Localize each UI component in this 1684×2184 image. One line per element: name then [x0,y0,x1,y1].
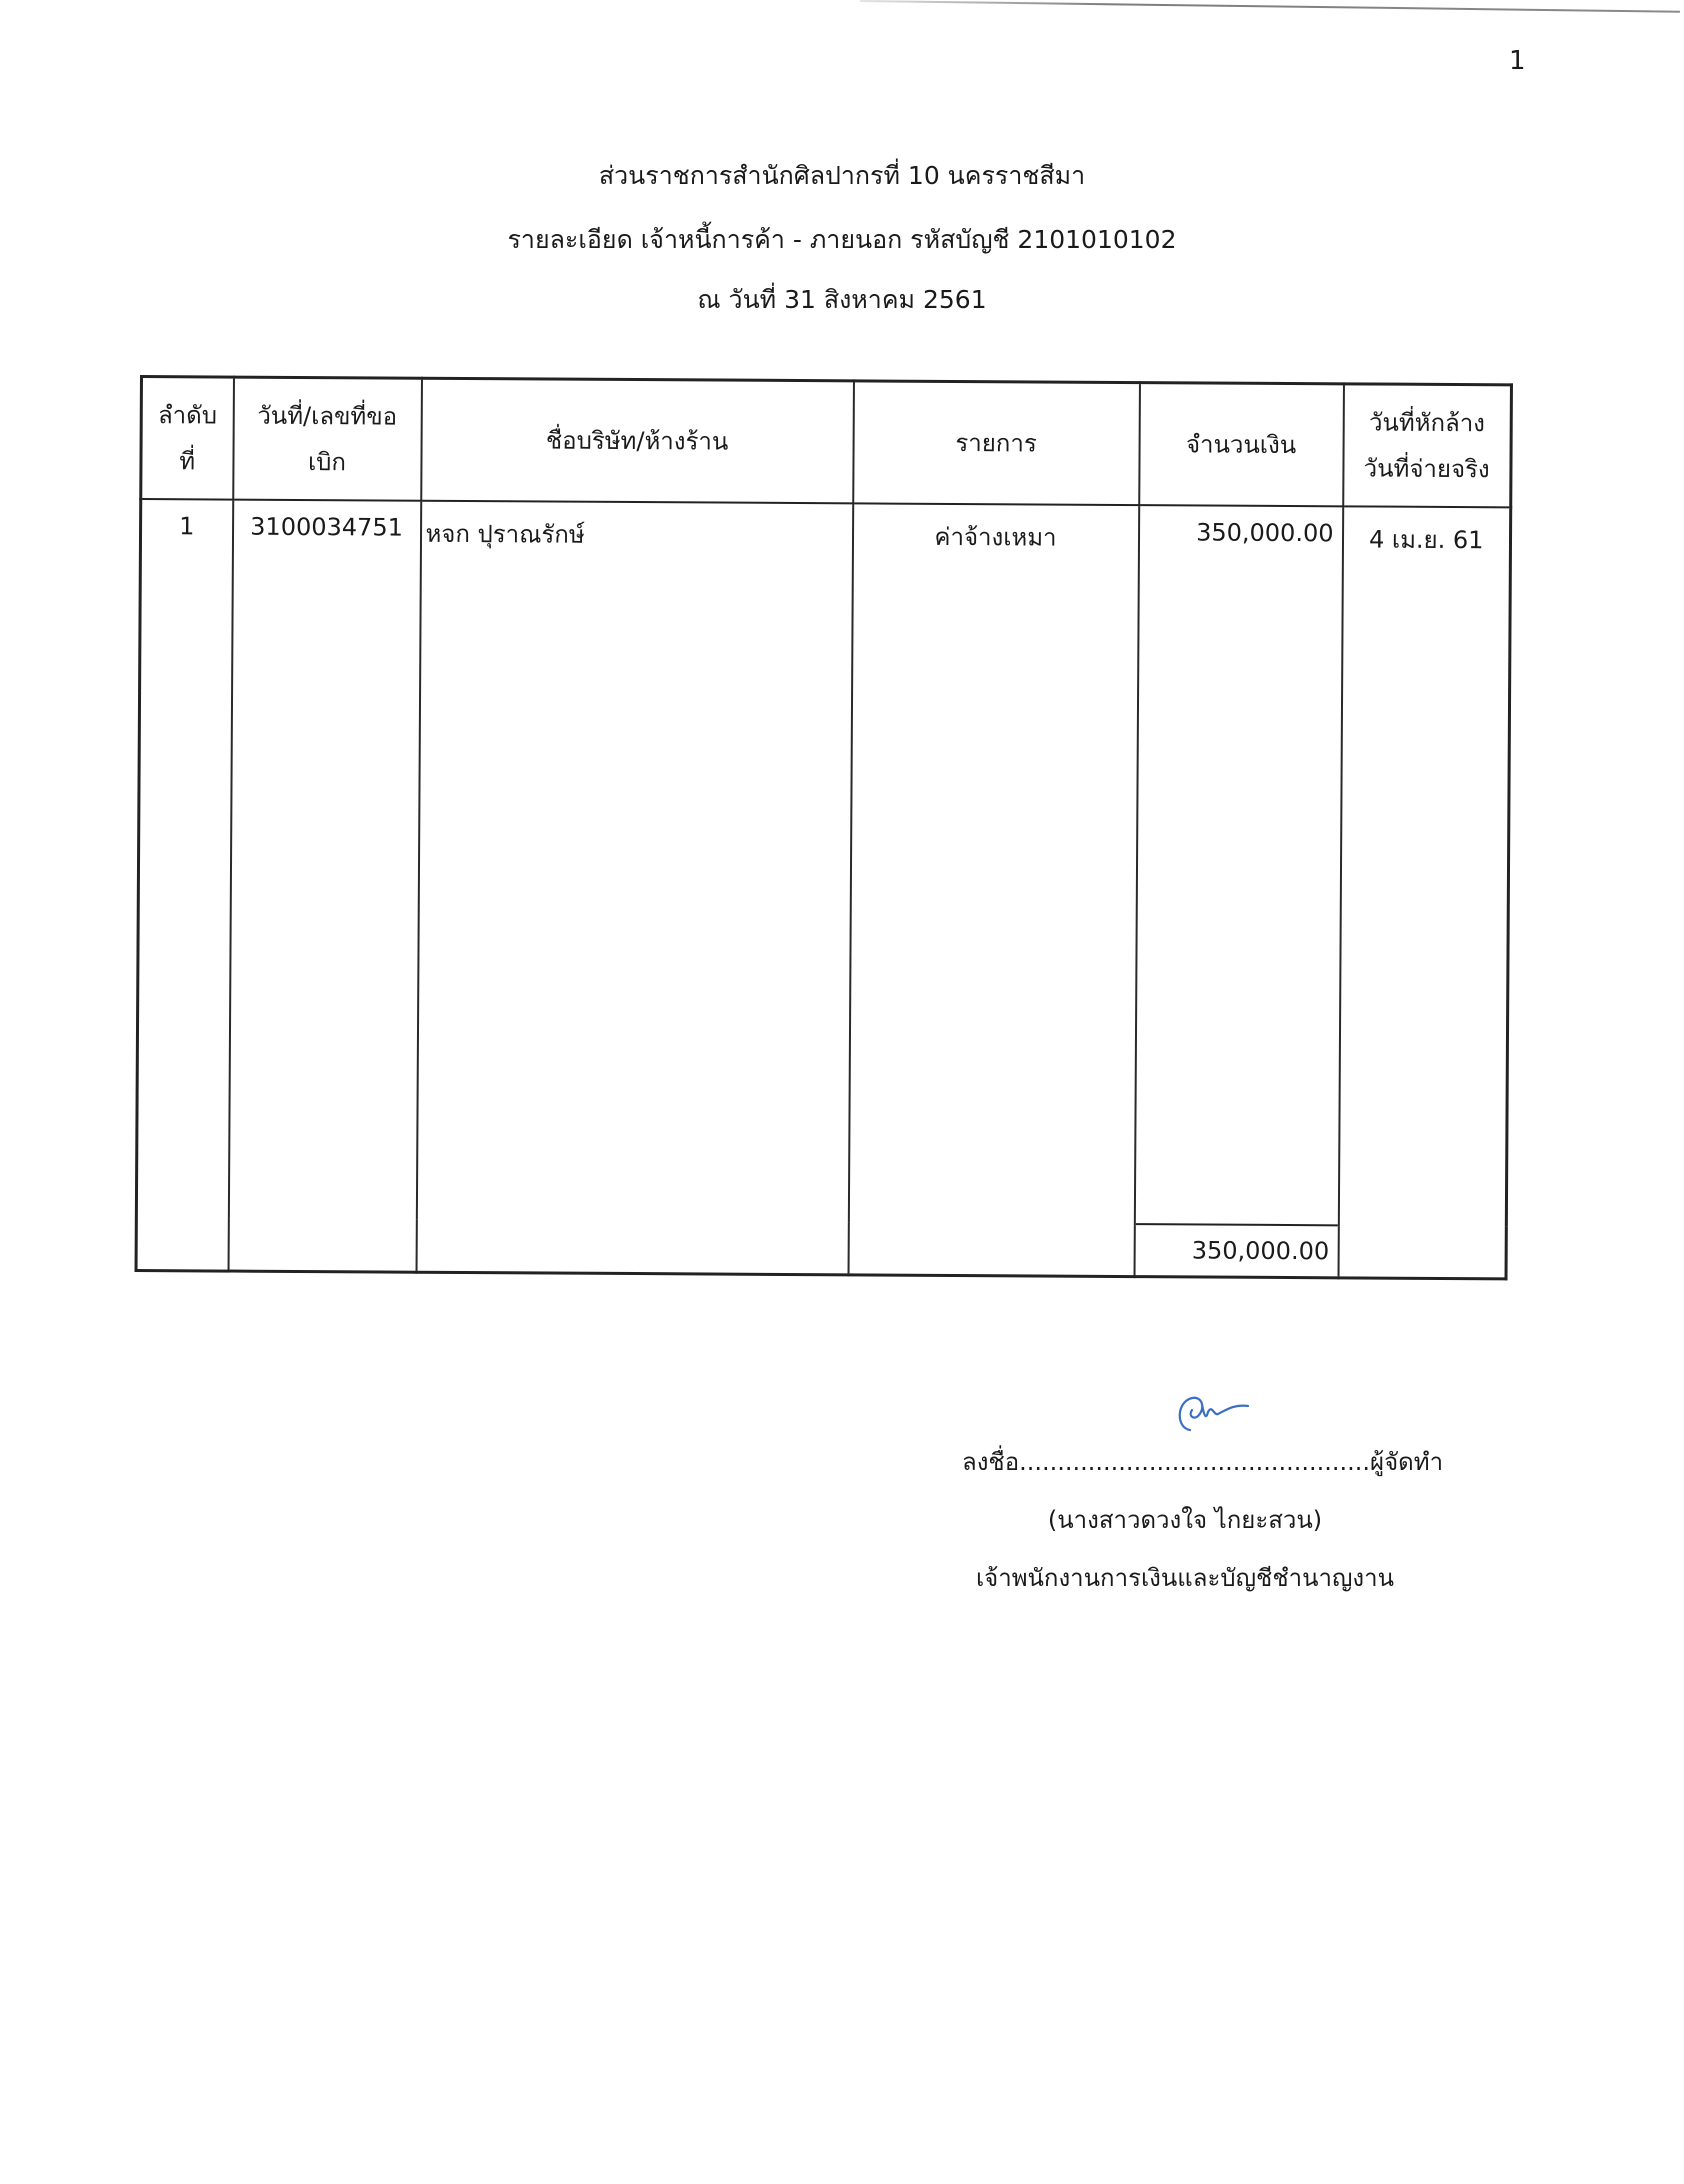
col-header-reference-line2: เบิก [242,439,412,486]
col-header-amount: จำนวนเงิน [1139,383,1344,507]
cell-amount: 350,000.00 [1134,505,1342,1225]
table-row: 1 3100034751 หจก ปุราณรักษ์ ค่าจ้างเหมา … [136,499,1510,1226]
as-of-date: ณ วันที่ 31 สิงหาคม 2561 [0,280,1684,320]
col-header-reference: วันที่/เลขที่ขอ เบิก [233,377,422,501]
col-header-item: รายการ [853,381,1140,505]
table-header-row: ลำดับที่ วันที่/เลขที่ขอ เบิก ชื่อบริษัท… [141,377,1512,508]
cell-item: ค่าจ้างเหมา [848,503,1138,1224]
col-header-date-line2: วันที่จ่ายจริง [1352,445,1502,492]
col-header-vendor: ชื่อบริษัท/ห้างร้าน [421,378,854,503]
handwritten-signature-icon [1168,1390,1258,1440]
signer-position: เจ้าพนักงานการเงินและบัญชีชำนาญงาน [900,1558,1470,1597]
col-header-reference-line1: วันที่/เลขที่ขอ [242,393,412,440]
cell-date: 4 เม.ย. 61 [1338,506,1510,1226]
col-header-no: ลำดับที่ [141,377,234,500]
sign-line: ลงชื่อ..................................… [962,1442,1443,1481]
report-title: รายละเอียด เจ้าหนี้การค้า - ภายนอก รหัสบ… [0,220,1684,260]
total-amount: 350,000.00 [1134,1224,1338,1278]
cell-reference: 3100034751 [228,500,420,1220]
cell-vendor: หจก ปุราณรักษ์ [416,501,852,1223]
scan-edge-line [860,0,1680,13]
cell-no: 1 [136,499,232,1219]
page-number: 1 [1509,46,1526,76]
payables-table-wrapper: ลำดับที่ วันที่/เลขที่ขอ เบิก ชื่อบริษัท… [135,375,1513,1280]
col-header-date-line1: วันที่หักล้าง [1352,399,1502,446]
col-header-date: วันที่หักล้าง วันที่จ่ายจริง [1343,384,1512,508]
agency-title: ส่วนราชการสำนักศิลปากรที่ 10 นครราชสีมา [0,156,1684,196]
signer-name: (นางสาวดวงใจ ไกยะสวน) [900,1500,1470,1539]
table-total-row: 350,000.00 [136,1218,1506,1279]
payables-table: ลำดับที่ วันที่/เลขที่ขอ เบิก ชื่อบริษัท… [135,375,1513,1280]
